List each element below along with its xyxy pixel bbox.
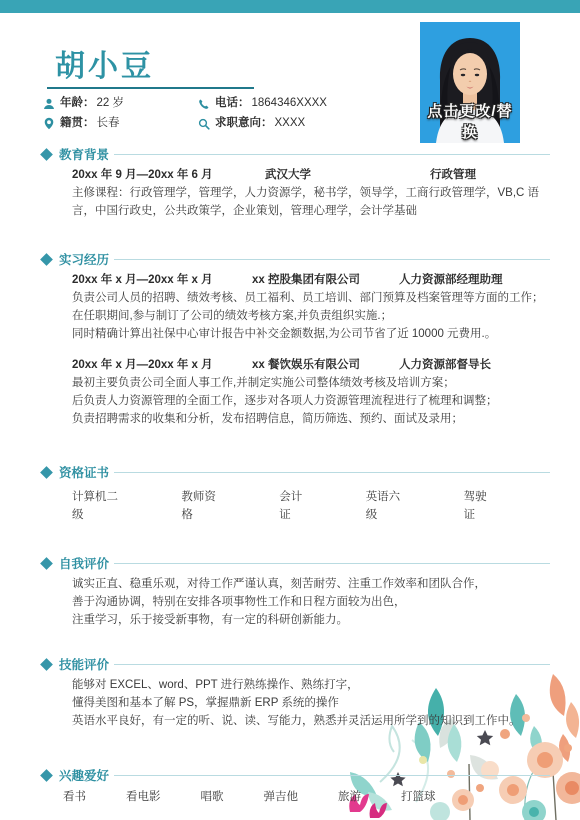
section-hobbies: 兴趣爱好 看书 看电影 唱歌 弹吉他 旅游 打篮球 <box>0 767 580 806</box>
skills-title: 技能评价 <box>59 655 109 673</box>
hobby-item: 打篮球 <box>401 788 436 806</box>
resume-header: 胡小豆 年龄： 22 岁 电话： 1864346XXXX 籍贯： 长春 求职意向… <box>0 13 580 148</box>
search-icon <box>198 118 210 130</box>
photo-replace-label: 点击更改/替换 <box>420 100 520 142</box>
skill-line: 英语水平良好，有一定的听、说、读、写能力，熟悉并灵活运用所学到的知识到工作中。 <box>72 712 550 730</box>
section-experience: 实习经历 20xx 年 x 月—20xx 年 x 月 xx 控股集团有限公司 人… <box>0 251 580 428</box>
diamond-icon <box>40 557 53 570</box>
evaluation-line: 注重学习，乐于接受新事物，有一定的科研创新能力。 <box>72 611 550 629</box>
diamond-icon <box>40 148 53 161</box>
phone-value: 1864346XXXX <box>252 95 327 112</box>
intent-label: 求职意向： <box>215 115 273 132</box>
certificates-body: 计算机二级 教师资格 会计证 英语六级 驾驶证 <box>72 488 550 524</box>
candidate-name: 胡小豆 <box>55 41 154 85</box>
self-evaluation-title: 自我评价 <box>59 554 109 572</box>
job-line: 在任职期间,参与制订了公司的绩效考核方案,并负责组织实施.； <box>72 307 550 325</box>
age-label: 年龄： <box>60 95 95 112</box>
info-origin: 籍贯： 长春 <box>43 115 198 132</box>
job-company: xx 餐饮娱乐有限公司 <box>252 356 399 374</box>
experience-title: 实习经历 <box>59 250 109 268</box>
section-skills: 技能评价 能够对 EXCEL、word、PPT 进行熟练操作、熟练打字， 懂得美… <box>0 656 580 730</box>
hobbies-title: 兴趣爱好 <box>59 766 109 784</box>
job-period: 20xx 年 x 月—20xx 年 x 月 <box>72 271 252 289</box>
job-period: 20xx 年 x 月—20xx 年 x 月 <box>72 356 252 374</box>
job-line: 同时精确计算出社保中心审计报告中补交金额数据,为公司节省了近 10000 元费用… <box>72 325 550 343</box>
id-photo[interactable]: 点击更改/替换 <box>420 22 520 143</box>
age-value: 22 岁 <box>97 95 125 112</box>
info-phone: 电话： 1864346XXXX <box>198 95 403 112</box>
resume-page: { "header": { "name": "胡小豆", "info": [ {… <box>0 0 580 820</box>
evaluation-line: 诚实正直、稳重乐观，对待工作严谨认真，刻苦耐劳、注重工作效率和团队合作， <box>72 575 550 593</box>
hobby-item: 旅游 <box>338 788 361 806</box>
evaluation-line: 善于沟通协调，特别在安排各项事物性工作和日程方面较为出色， <box>72 593 550 611</box>
hobby-item: 唱歌 <box>201 788 224 806</box>
person-icon <box>43 98 55 110</box>
certificates-header: 资格证书 <box>42 464 550 480</box>
skill-line: 懂得美图和基本了解 PS，掌握鼎新 ERP 系统的操作 <box>72 694 550 712</box>
education-school: 武汉大学 <box>265 166 430 184</box>
job-line: 后负责人力资源管理的全面工作，逐步对各项人力资源管理流程进行了梳理和调整； <box>72 392 550 410</box>
education-major: 行政管理 <box>430 166 476 184</box>
certificate-item: 驾驶证 <box>464 488 498 524</box>
resume-body: 教育背景 20xx 年 9 月—20xx 年 6 月 武汉大学 行政管理 主修课… <box>0 146 580 806</box>
education-period: 20xx 年 9 月—20xx 年 6 月 <box>72 166 265 184</box>
intent-value: XXXX <box>275 115 306 132</box>
section-divider-line <box>114 259 550 260</box>
skills-body: 能够对 EXCEL、word、PPT 进行熟练操作、熟练打字， 懂得美图和基本了… <box>72 676 550 730</box>
job-company: xx 控股集团有限公司 <box>252 271 399 289</box>
job-title-row: 20xx 年 x 月—20xx 年 x 月 xx 餐饮娱乐有限公司 人力资源部督… <box>72 356 550 374</box>
diamond-icon <box>40 769 53 782</box>
job-entry: 20xx 年 x 月—20xx 年 x 月 xx 餐饮娱乐有限公司 人力资源部督… <box>72 356 550 428</box>
section-divider-line <box>114 563 550 564</box>
education-row: 20xx 年 9 月—20xx 年 6 月 武汉大学 行政管理 <box>72 166 550 184</box>
certificate-item: 会计证 <box>279 488 313 524</box>
diamond-icon <box>40 466 53 479</box>
phone-icon <box>198 98 210 110</box>
education-body: 20xx 年 9 月—20xx 年 6 月 武汉大学 行政管理 主修课程：行政管… <box>72 166 550 220</box>
hobbies-body: 看书 看电影 唱歌 弹吉他 旅游 打篮球 <box>72 788 550 806</box>
certificate-row: 计算机二级 教师资格 会计证 英语六级 驾驶证 <box>72 488 550 524</box>
self-evaluation-header: 自我评价 <box>42 555 550 571</box>
info-job-intent: 求职意向： XXXX <box>198 115 403 132</box>
hobby-item: 看电影 <box>126 788 161 806</box>
origin-label: 籍贯： <box>60 115 95 132</box>
experience-body: 20xx 年 x 月—20xx 年 x 月 xx 控股集团有限公司 人力资源部经… <box>72 271 550 428</box>
job-role: 人力资源部经理助理 <box>399 271 503 289</box>
name-underline <box>47 87 254 89</box>
section-divider-line <box>114 775 550 776</box>
contact-info: 年龄： 22 岁 电话： 1864346XXXX 籍贯： 长春 求职意向： XX… <box>43 95 403 132</box>
certificate-item: 计算机二级 <box>72 488 129 524</box>
origin-value: 长春 <box>97 115 120 132</box>
location-icon <box>43 117 55 130</box>
certificate-item: 英语六级 <box>366 488 412 524</box>
job-line: 负责公司人员的招聘、绩效考核、员工福利、员工培训、部门预算及档案管理等方面的工作… <box>72 289 550 307</box>
phone-label: 电话： <box>215 95 250 112</box>
hobby-item: 看书 <box>63 788 86 806</box>
self-evaluation-body: 诚实正直、稳重乐观，对待工作严谨认真，刻苦耐劳、注重工作效率和团队合作， 善于沟… <box>72 575 550 629</box>
education-header: 教育背景 <box>42 146 550 162</box>
section-self-evaluation: 自我评价 诚实正直、稳重乐观，对待工作严谨认真，刻苦耐劳、注重工作效率和团队合作… <box>0 555 580 629</box>
section-divider-line <box>114 472 550 473</box>
job-role: 人力资源部督导长 <box>399 356 491 374</box>
skills-header: 技能评价 <box>42 656 550 672</box>
skill-line: 能够对 EXCEL、word、PPT 进行熟练操作、熟练打字， <box>72 676 550 694</box>
section-divider-line <box>114 154 550 155</box>
education-courses: 主修课程：行政管理学，管理学，人力资源学，秘书学，领导学，工商行政管理学，VB,… <box>72 184 550 220</box>
section-education: 教育背景 20xx 年 9 月—20xx 年 6 月 武汉大学 行政管理 主修课… <box>0 146 580 220</box>
experience-header: 实习经历 <box>42 251 550 267</box>
diamond-icon <box>40 658 53 671</box>
section-divider-line <box>114 664 550 665</box>
info-age: 年龄： 22 岁 <box>43 95 198 112</box>
certificate-item: 教师资格 <box>181 488 227 524</box>
hobby-item: 弹吉他 <box>264 788 299 806</box>
hobbies-header: 兴趣爱好 <box>42 767 550 783</box>
diamond-icon <box>40 253 53 266</box>
education-title: 教育背景 <box>59 145 109 163</box>
section-certificates: 资格证书 计算机二级 教师资格 会计证 英语六级 驾驶证 <box>0 464 580 524</box>
job-line: 最初主要负责公司全面人事工作,并制定实施公司整体绩效考核及培训方案； <box>72 374 550 392</box>
certificates-title: 资格证书 <box>59 463 109 481</box>
job-entry: 20xx 年 x 月—20xx 年 x 月 xx 控股集团有限公司 人力资源部经… <box>72 271 550 343</box>
job-line: 负责招聘需求的收集和分析，发布招聘信息，简历筛选、预约、面试及录用； <box>72 410 550 428</box>
job-title-row: 20xx 年 x 月—20xx 年 x 月 xx 控股集团有限公司 人力资源部经… <box>72 271 550 289</box>
top-accent-bar <box>0 0 580 13</box>
hobby-row: 看书 看电影 唱歌 弹吉他 旅游 打篮球 <box>63 788 550 806</box>
